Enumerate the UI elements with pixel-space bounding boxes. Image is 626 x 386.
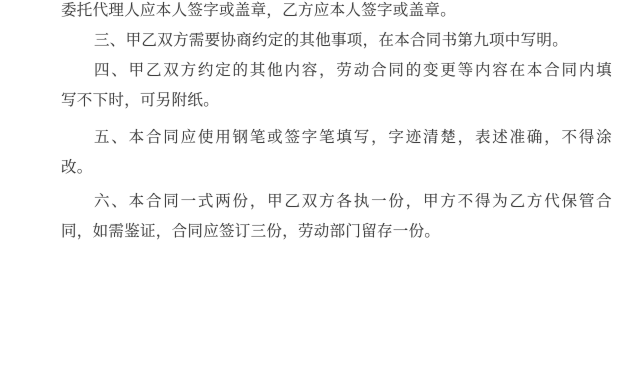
clause-four-line-1: 四、甲乙双方约定的其他内容，劳动合同的变更等内容在本合同内填 <box>61 56 612 86</box>
clause-three-line: 三、甲乙双方需要协商约定的其他事项，在本合同书第九项中写明。 <box>61 26 612 56</box>
clause-four-line-2: 写不下时，可另附纸。 <box>61 86 612 116</box>
clause-six-line-1: 六、本合同一式两份，甲乙双方各执一份，甲方不得为乙方代保管合 <box>61 187 612 217</box>
document-page: 委托代理人应本人签字或盖章，乙方应本人签字或盖章。 三、甲乙双方需要协商约定的其… <box>0 0 626 386</box>
clause-continuation-line: 委托代理人应本人签字或盖章，乙方应本人签字或盖章。 <box>61 0 612 26</box>
clause-six-line-2: 同，如需鉴证，合同应签订三份，劳动部门留存一份。 <box>61 217 612 247</box>
clause-five-line-1: 五、本合同应使用钢笔或签字笔填写，字迹清楚，表述准确，不得涂 <box>61 123 612 153</box>
contract-clauses: 委托代理人应本人签字或盖章，乙方应本人签字或盖章。 三、甲乙双方需要协商约定的其… <box>61 0 612 247</box>
clause-five-line-2: 改。 <box>61 153 612 183</box>
